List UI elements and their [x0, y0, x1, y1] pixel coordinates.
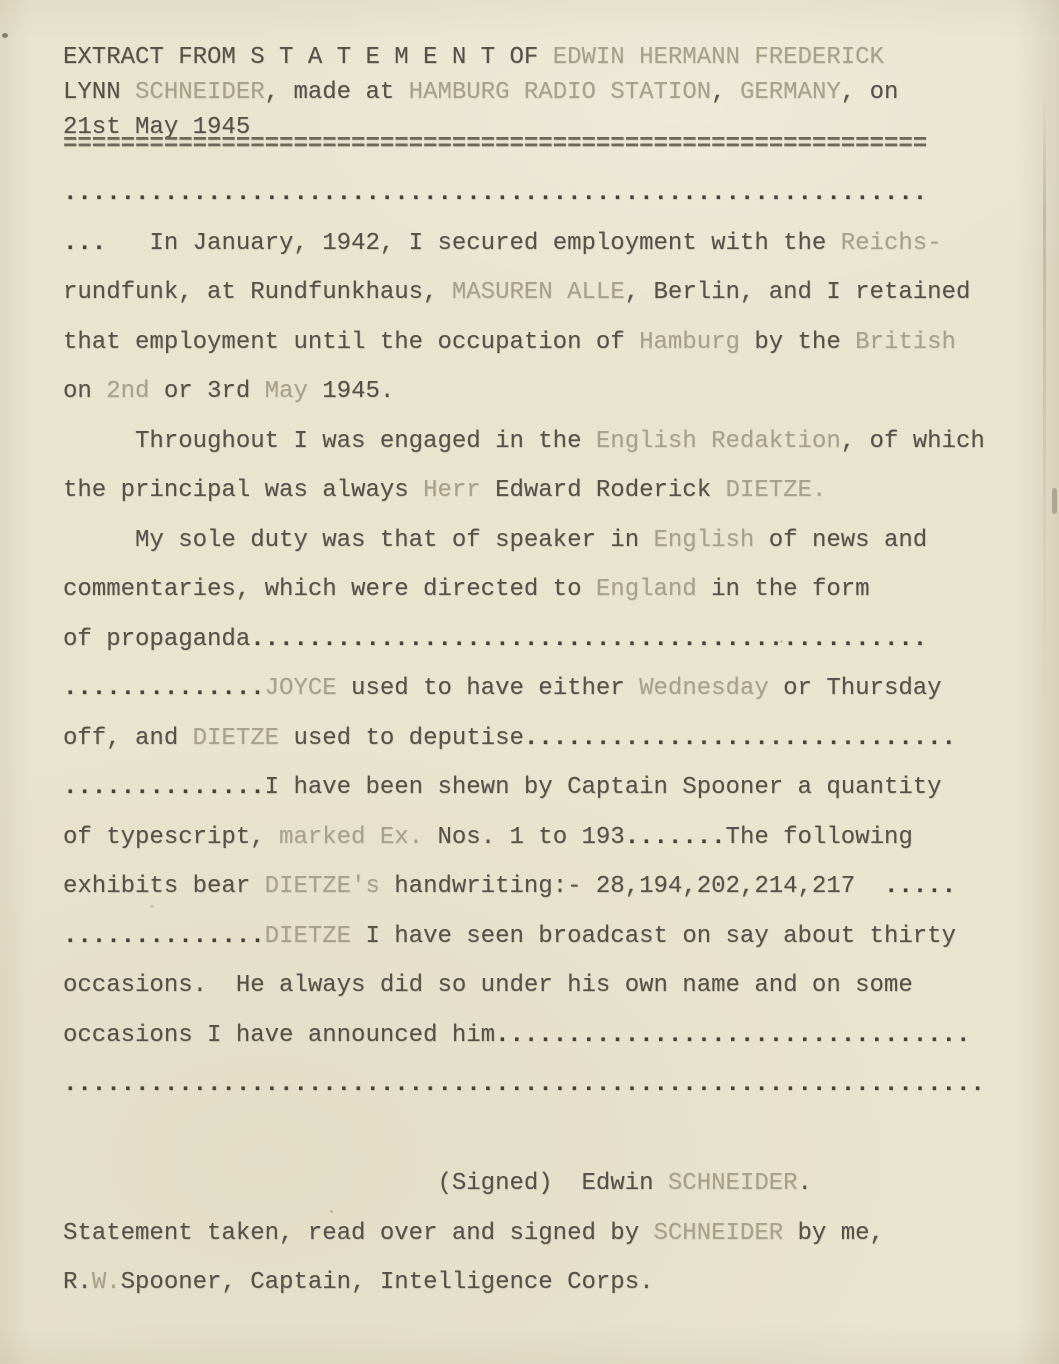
text-segment: off, and [63, 725, 193, 752]
text-segment: 2nd [106, 378, 149, 405]
dot-leader: ........................................… [250, 626, 927, 653]
text-segment: EDWIN HERMANN FREDERICK [553, 44, 884, 71]
text-segment: by the [740, 329, 855, 356]
text-segment: MASUREN ALLE [452, 279, 625, 306]
text-segment: handwriting:- 28,194,202,214,217 [380, 873, 884, 900]
text-segment: Edward Roderick [481, 477, 726, 504]
text-segment: (Signed) Edwin [63, 1170, 668, 1197]
text-line: (Signed) Edwin SCHNEIDER. [63, 1159, 1039, 1209]
text-segment: Wednesday [639, 675, 769, 702]
document-header: EXTRACT FROM S T A T E M E N T OF EDWIN … [63, 40, 1039, 145]
text-segment: in the form [697, 576, 870, 603]
text-line: on 2nd or 3rd May 1945. [63, 367, 1039, 417]
text-segment: DIETZE [265, 923, 351, 950]
text-segment: JOYCE [265, 675, 337, 702]
text-line: R.W.Spooner, Captain, Intelligence Corps… [63, 1258, 1039, 1308]
text-line: ..............I have been shewn by Capta… [63, 763, 1039, 813]
text-segment: English Redaktion [596, 428, 841, 455]
text-segment: I have been shewn by Captain Spooner a q… [265, 774, 942, 801]
text-segment: the principal was always [63, 477, 423, 504]
text-segment: 1945. [308, 378, 394, 405]
text-segment: R. [63, 1269, 92, 1296]
text-line: occasions I have announced him..........… [63, 1011, 1039, 1061]
text-segment: , of which [841, 428, 985, 455]
text-line: of propaganda...........................… [63, 615, 1039, 665]
dot-leader: .............................. [524, 725, 956, 752]
text-segment: occasions I have announced him [63, 1022, 495, 1049]
text-segment: England [596, 576, 697, 603]
text-segment: DIETZE's [265, 873, 380, 900]
text-line: that employment until the occupation of … [63, 318, 1039, 368]
text-segment: or Thursday [769, 675, 942, 702]
dot-leader: .............. [63, 923, 265, 950]
header-underline: ========================================… [63, 133, 1039, 157]
text-segment: rundfunk, at Rundfunkhaus, [63, 279, 452, 306]
dot-leader: .............. [63, 774, 265, 801]
text-segment: SCHNEIDER [135, 79, 265, 106]
text-segment: Throughout I was engaged in the [63, 428, 596, 455]
text-line: ..............DIETZE I have seen broadca… [63, 912, 1039, 962]
text-line: ..............JOYCE used to have either … [63, 664, 1039, 714]
text-segment: Reichs- [841, 230, 942, 257]
document-page: EXTRACT FROM S T A T E M E N T OF EDWIN … [0, 0, 1059, 1364]
text-line: Statement taken, read over and signed by… [63, 1209, 1039, 1259]
text-segment: SCHNEIDER [654, 1220, 784, 1247]
text-segment: of typescript, [63, 824, 279, 851]
dot-leader: ................................. [495, 1022, 970, 1049]
text-segment: or 3rd [149, 378, 264, 405]
text-segment: marked Ex. [279, 824, 423, 851]
paper-speck [1052, 488, 1057, 514]
text-line: rundfunk, at Rundfunkhaus, MASUREN ALLE,… [63, 268, 1039, 318]
text-segment: of propaganda [63, 626, 250, 653]
dot-leader: .............. [63, 675, 265, 702]
text-segment: English [654, 527, 755, 554]
text-segment: My sole duty was that of speaker in [63, 527, 654, 554]
dot-leader: ....... [625, 824, 726, 851]
text-line: My sole duty was that of speaker in Engl… [63, 516, 1039, 566]
dot-leader: ........................................… [63, 180, 927, 207]
text-segment: SCHNEIDER [668, 1170, 798, 1197]
text-segment: EXTRACT FROM S T A T E M E N T OF [63, 44, 553, 71]
text-segment: , on [841, 79, 899, 106]
text-segment: W. [92, 1269, 121, 1296]
text-line: off, and DIETZE used to deputise........… [63, 714, 1039, 764]
document-content: EXTRACT FROM S T A T E M E N T OF EDWIN … [63, 40, 1039, 1308]
dot-leader: ..... [884, 873, 956, 900]
text-segment: on [63, 378, 106, 405]
text-segment: DIETZE. [726, 477, 827, 504]
paper-crease [1043, 90, 1046, 710]
text-line: LYNN SCHNEIDER, made at HAMBURG RADIO ST… [63, 75, 1039, 110]
text-segment: of news and [754, 527, 927, 554]
dot-leader: ........................................… [63, 1071, 985, 1098]
text-segment: I have seen broadcast on say about thirt… [351, 923, 956, 950]
text-segment: , Berlin, and I retained [625, 279, 971, 306]
text-line: exhibits bear DIETZE's handwriting:- 28,… [63, 862, 1039, 912]
text-segment: May [265, 378, 308, 405]
paper-speck [2, 33, 8, 38]
text-segment: commentaries, which were directed to [63, 576, 596, 603]
text-segment: occasions. He always did so under his ow… [63, 972, 913, 999]
text-segment: GERMANY [740, 79, 841, 106]
text-segment: DIETZE [193, 725, 279, 752]
text-line: ........................................… [63, 1060, 1039, 1110]
blank-line [63, 1110, 1039, 1160]
text-line: the principal was always Herr Edward Rod… [63, 466, 1039, 516]
text-line: occasions. He always did so under his ow… [63, 961, 1039, 1011]
text-segment: that employment until the occupation of [63, 329, 639, 356]
text-segment: . [798, 1170, 812, 1197]
text-segment: LYNN [63, 79, 135, 106]
text-segment: Nos. 1 to 193 [423, 824, 625, 851]
text-line: Throughout I was engaged in the English … [63, 417, 1039, 467]
text-segment: Herr [423, 477, 481, 504]
text-segment: The following [726, 824, 913, 851]
document-body: ........................................… [63, 169, 1039, 1308]
text-segment: Spooner, Captain, Intelligence Corps. [121, 1269, 654, 1296]
text-segment: In January, 1942, I secured employment w… [106, 230, 841, 257]
text-line: commentaries, which were directed to Eng… [63, 565, 1039, 615]
text-line: of typescript, marked Ex. Nos. 1 to 193.… [63, 813, 1039, 863]
text-segment: used to deputise [279, 725, 524, 752]
text-segment: , made at [265, 79, 409, 106]
text-segment: Hamburg [639, 329, 740, 356]
text-segment: used to have either [337, 675, 639, 702]
text-segment: by me, [783, 1220, 884, 1247]
text-segment: British [855, 329, 956, 356]
text-segment: exhibits bear [63, 873, 265, 900]
text-segment: HAMBURG RADIO STATION [409, 79, 711, 106]
dot-leader: ... [63, 230, 106, 257]
text-segment: , [711, 79, 740, 106]
text-line: ........................................… [63, 169, 1039, 219]
text-segment: Statement taken, read over and signed by [63, 1220, 654, 1247]
text-line: EXTRACT FROM S T A T E M E N T OF EDWIN … [63, 40, 1039, 75]
text-line: ... In January, 1942, I secured employme… [63, 219, 1039, 269]
